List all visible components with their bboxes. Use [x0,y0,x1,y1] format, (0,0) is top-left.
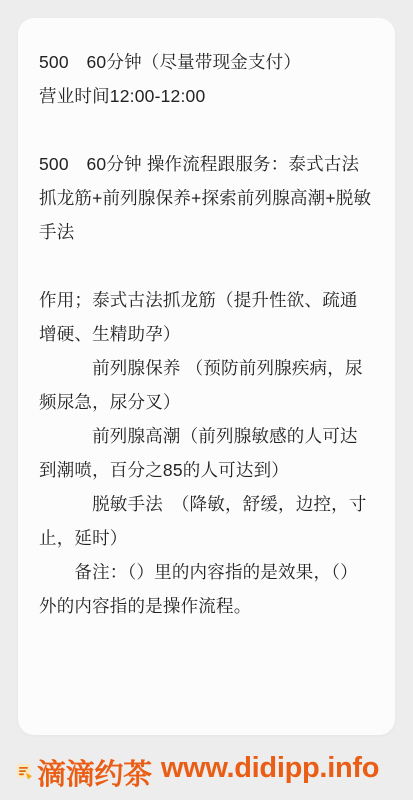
memo-icon [16,755,33,772]
message-text: 500 60分钟（尽量带现金支付） 营业时间12:00-12:00 500 60… [39,45,374,623]
page-background: 500 60分钟（尽量带现金支付） 营业时间12:00-12:00 500 60… [0,0,413,800]
watermark: 滴滴约茶 www.didipp.info [16,752,379,793]
watermark-url: www.didipp.info [161,752,379,785]
message-card: 500 60分钟（尽量带现金支付） 营业时间12:00-12:00 500 60… [18,18,395,735]
watermark-brand: 滴滴约茶 [37,752,152,793]
